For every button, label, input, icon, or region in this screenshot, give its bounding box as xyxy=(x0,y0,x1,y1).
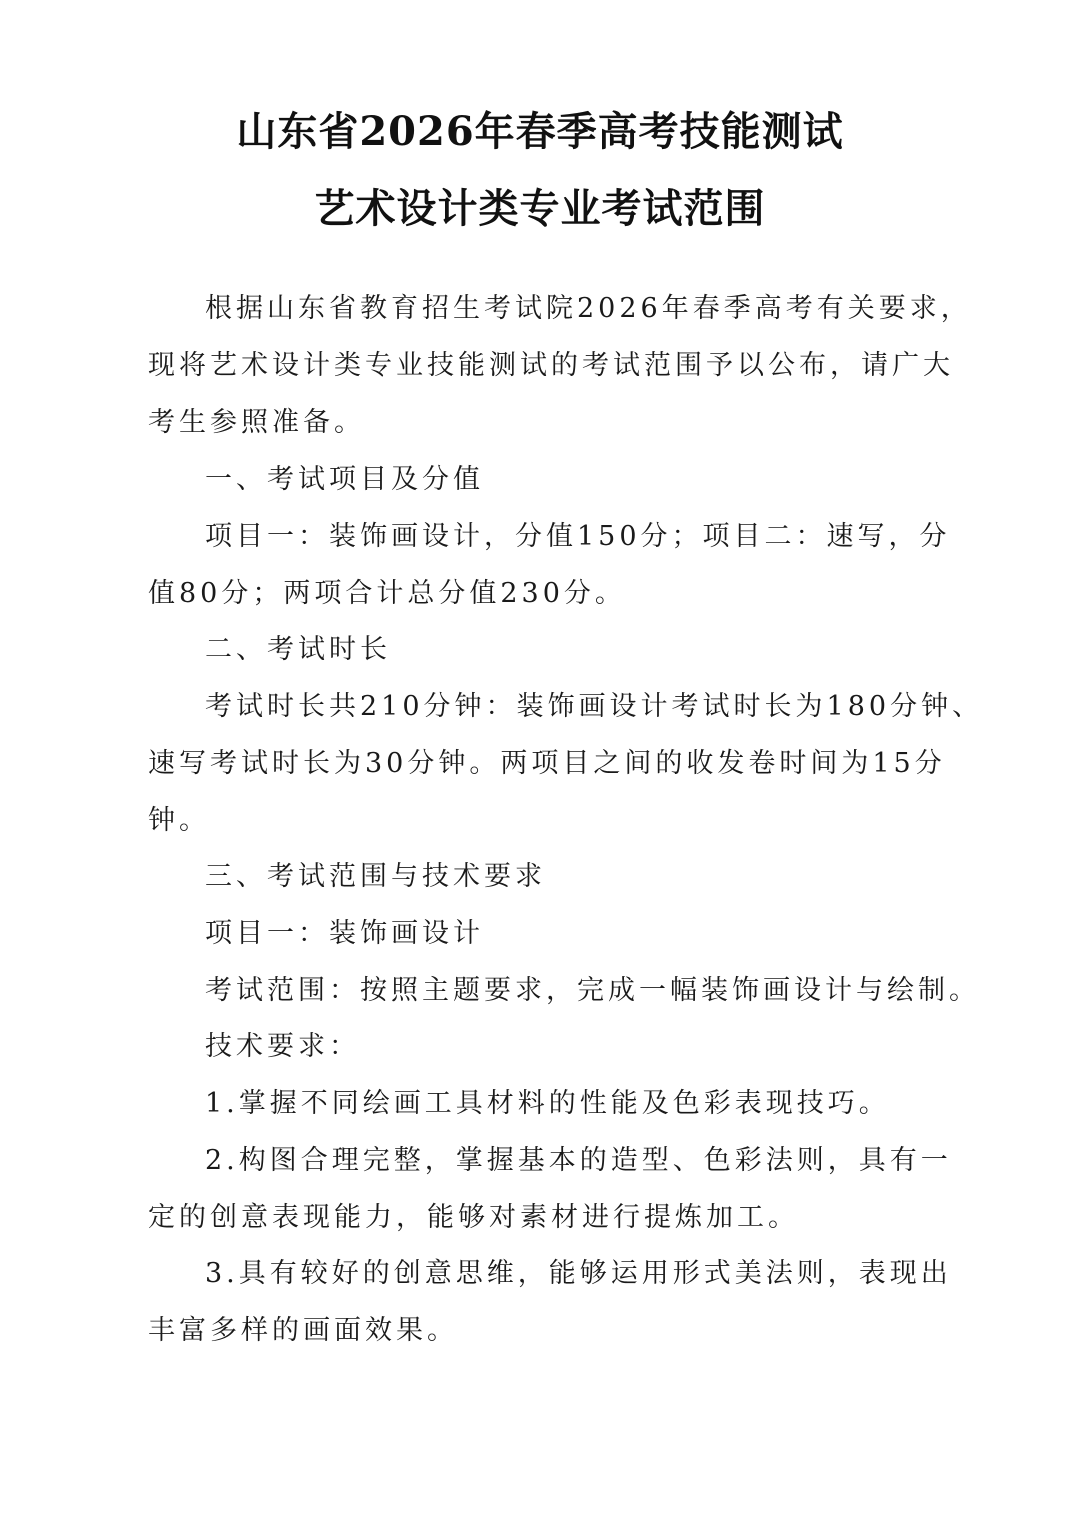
scope-text: 考试范围：按照主题要求，完成一幅装饰画设计与绘制。 xyxy=(205,973,975,1009)
requirement-3-line-1: 3.具有较好的创意思维，能够运用形式美法则，表现出 xyxy=(205,1256,975,1292)
intro-line-3: 考生参照准备。 xyxy=(148,405,918,441)
section-duration-line-3: 钟。 xyxy=(148,803,918,839)
requirement-2-line-1: 2.构图合理完整，掌握基本的造型、色彩法则，具有一 xyxy=(205,1143,975,1179)
section-scores-line-2: 值80分；两项合计总分值230分。 xyxy=(148,576,918,612)
section-duration-line-2: 速写考试时长为30分钟。两项目之间的收发卷时间为15分 xyxy=(148,746,918,782)
section-heading-scope: 三、考试范围与技术要求 xyxy=(205,859,975,895)
section-heading-scores: 一、考试项目及分值 xyxy=(205,462,975,498)
requirement-3-line-2: 丰富多样的画面效果。 xyxy=(148,1313,918,1349)
requirement-1-line-1: 1.掌握不同绘画工具材料的性能及色彩表现技巧。 xyxy=(205,1086,975,1122)
document-page: 山东省2026年春季高考技能测试 艺术设计类专业考试范围 根据山东省教育招生考试… xyxy=(0,0,1080,1529)
section-scores-line-1: 项目一：装饰画设计，分值150分；项目二：速写，分 xyxy=(205,519,975,555)
tech-requirements-label: 技术要求： xyxy=(205,1029,975,1065)
document-title-line-2: 艺术设计类专业考试范围 xyxy=(0,185,1080,233)
requirement-2-line-2: 定的创意表现能力，能够对素材进行提炼加工。 xyxy=(148,1200,918,1236)
intro-line-2: 现将艺术设计类专业技能测试的考试范围予以公布，请广大 xyxy=(148,348,918,384)
section-heading-duration: 二、考试时长 xyxy=(205,632,975,668)
intro-line-1: 根据山东省教育招生考试院2026年春季高考有关要求， xyxy=(205,291,975,327)
document-title-line-1: 山东省2026年春季高考技能测试 xyxy=(0,108,1080,156)
subheading-item-1: 项目一：装饰画设计 xyxy=(205,916,975,952)
section-duration-line-1: 考试时长共210分钟：装饰画设计考试时长为180分钟、 xyxy=(205,689,975,725)
